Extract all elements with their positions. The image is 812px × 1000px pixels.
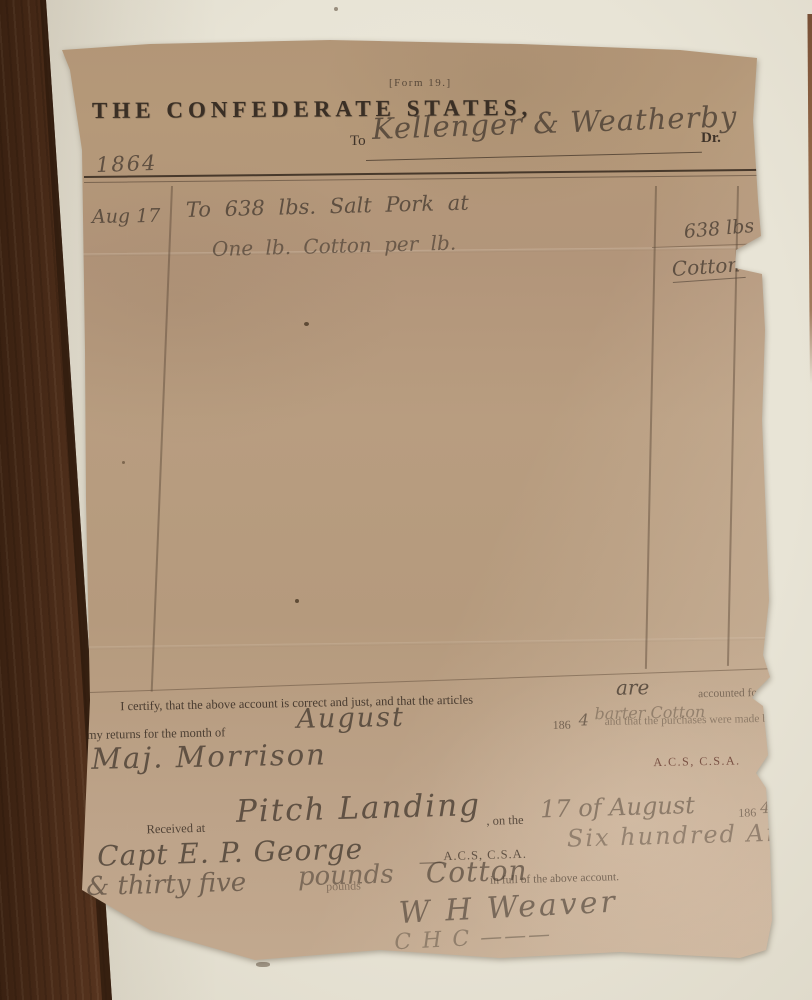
paper-speck — [295, 599, 299, 603]
form-number-label: [Form 19.] — [389, 77, 452, 89]
payee-underline — [366, 152, 702, 161]
receipt-date-handwritten: 17 of August — [540, 791, 695, 823]
certify-line1-end-printed: accounted for on — [698, 687, 775, 700]
certify-officer-signature-handwritten: Maj. Morrison — [91, 737, 327, 776]
on-the-printed: , on the — [486, 813, 524, 829]
certify-acs-printed: A.C.S, C.S.A. — [653, 753, 740, 770]
year-handwritten: 1864 — [96, 151, 158, 177]
receipt-amount2-handwritten: & thirty five — [86, 868, 247, 902]
paper-speck — [122, 461, 125, 464]
table-column-line-right-1 — [645, 186, 657, 669]
document-photo: [Form 19.] THE CONFEDERATE STATES, To Ke… — [0, 0, 812, 1000]
entry-date-handwritten: Aug 17 — [92, 205, 161, 228]
received-at-printed: Received at — [146, 821, 205, 838]
certify-year-digit-handwritten: 4 — [578, 710, 589, 729]
certification-block: I certify, that the above account is cor… — [84, 681, 786, 804]
dr-label: Dr. — [701, 130, 721, 147]
table-column-line-left — [151, 186, 173, 692]
entry-line1-handwritten: To 638 lbs. Salt Pork at — [186, 191, 469, 222]
aged-paper-document: [Form 19.] THE CONFEDERATE STATES, To Ke… — [0, 0, 812, 1000]
header-double-rule — [84, 169, 768, 183]
certify-line2-end-printed: and that the purchases were made by — [605, 713, 774, 728]
certify-are-handwritten: are — [616, 675, 650, 700]
entry-line2-handwritten: One lb. Cotton per lb. — [212, 231, 457, 261]
receipt-amount1-handwritten: Six hundred And — [567, 818, 802, 853]
pounds-handwritten: pounds — [297, 859, 394, 892]
paper-fold-crease — [0, 636, 812, 650]
receipt-place-handwritten: Pitch Landing — [236, 787, 482, 830]
receipt-year-digit-handwritten: 4 of — [760, 797, 791, 817]
certify-month-handwritten: August — [296, 702, 405, 735]
paper-speck — [304, 322, 309, 326]
entry-amount-cotton-handwritten: Cotton — [671, 252, 746, 283]
entry-amount-handwritten: 638 lbs — [683, 215, 755, 243]
certify-year-printed: 186 — [553, 718, 571, 733]
to-label: To — [350, 133, 366, 150]
